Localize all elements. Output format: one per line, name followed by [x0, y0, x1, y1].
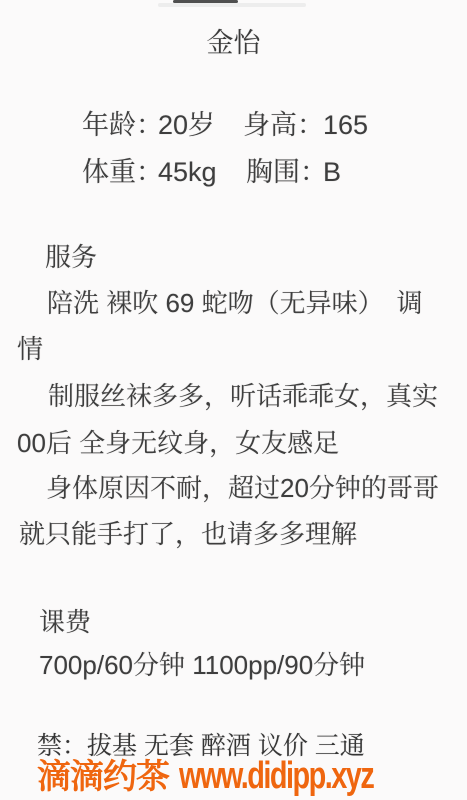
- services-line-1: 陪洗 裸吹 69 蛇吻（无异味） 调: [47, 287, 423, 320]
- watermark-site-name: 滴滴约茶: [37, 749, 169, 798]
- services-heading: 服务: [45, 241, 97, 274]
- price-line: 700p/60分钟 1100pp/90分钟: [39, 649, 365, 682]
- weight-value: 45kg: [158, 156, 217, 190]
- services-line-6: 就只能手打了，也请多多理解: [19, 518, 357, 551]
- bust-label: 胸围：: [246, 156, 327, 190]
- services-line-3: 制服丝袜多多，听话乖乖女，真实: [48, 380, 438, 413]
- age-label: 年龄：: [82, 109, 163, 143]
- profile-page: 金怡 年龄： 20岁 身高： 165 体重： 45kg 胸围： B 服务 陪洗 …: [0, 0, 467, 800]
- services-line-5: 身体原因不耐，超过20分钟的哥哥: [46, 472, 439, 505]
- weight-label: 体重：: [82, 156, 163, 190]
- watermark: 滴滴约茶 www.didipp.xyz: [37, 749, 435, 798]
- watermark-url: www.didipp.xyz: [179, 755, 373, 798]
- services-line-4: 00后 全身无纹身，女友感足: [17, 427, 339, 460]
- age-value: 20岁: [158, 109, 215, 143]
- page-title: 金怡: [0, 21, 467, 60]
- cropped-text-fragment-light: [158, 3, 306, 7]
- height-label: 身高：: [243, 109, 324, 143]
- bust-value: B: [323, 156, 341, 190]
- services-line-2: 情: [17, 333, 43, 366]
- pricing-heading: 课费: [39, 606, 91, 639]
- height-value: 165: [323, 109, 368, 143]
